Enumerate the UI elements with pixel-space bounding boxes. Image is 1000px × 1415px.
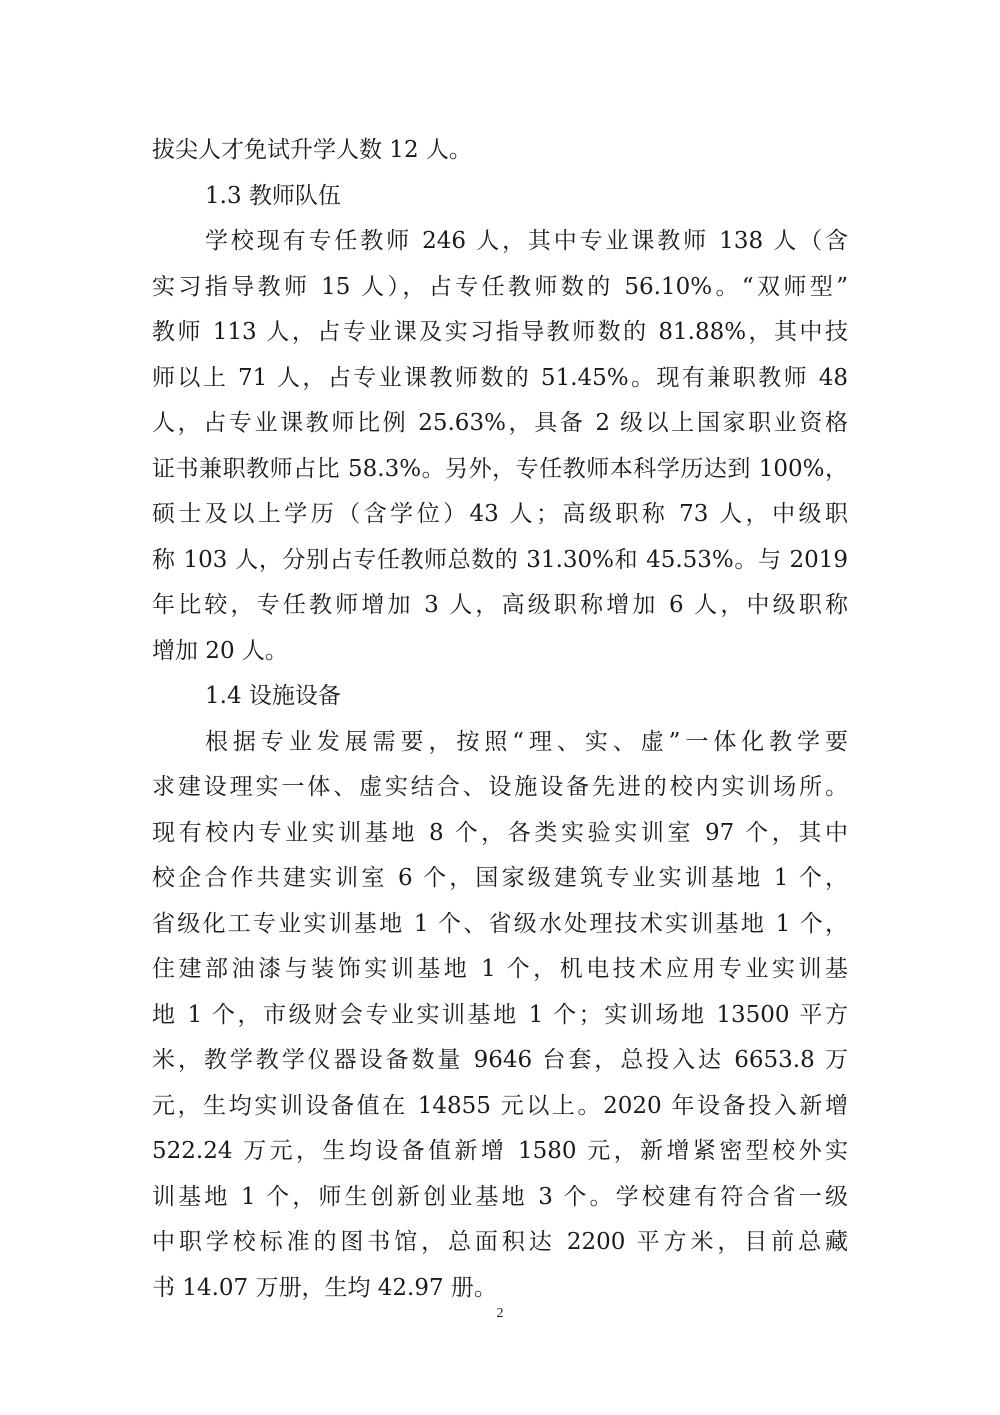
paragraph-facilities: 根据专业发展需要，按照“理、实、虚”一体化教学要 求建设理实一体、虚实结合、设施… [152,720,848,1312]
paragraph-teachers: 学校现有专任教师 246 人，其中专业课教师 138 人（含 实习指导教师 15… [152,219,848,674]
paragraph-line: 根据专业发展需要，按照“理、实、虚”一体化教学要 [152,720,848,766]
paragraph-line: 住建部油漆与装饰实训基地 1 个，机电技术应用专业实训基 [152,947,848,993]
paragraph-line: 教师 113 人，占专业课及实习指导教师数的 81.88%，其中技 [152,310,848,356]
paragraph-line: 米，教学教学仪器设备数量 9646 台套，总投入达 6653.8 万 [152,1038,848,1084]
paragraph-line: 中职学校标准的图书馆，总面积达 2200 平方米，目前总藏 [152,1220,848,1266]
paragraph-line: 训基地 1 个，师生创新创业基地 3 个。学校建有符合省一级 [152,1175,848,1221]
paragraph-line: 人，占专业课教师比例 25.63%，具备 2 级以上国家职业资格 [152,401,848,447]
paragraph-line: 522.24 万元，生均设备值新增 1580 元，新增紧密型校外实 [152,1129,848,1175]
paragraph-line: 称 103 人，分别占专任教师总数的 31.30%和 45.53%。与 2019 [152,538,848,584]
paragraph-line: 证书兼职教师占比 58.3%。另外，专任教师本科学历达到 100%， [152,447,848,493]
paragraph-line: 求建设理实一体、虚实结合、设施设备先进的校内实训场所。 [152,765,848,811]
paragraph-line: 硕士及以上学历（含学位）43 人；高级职称 73 人，中级职 [152,492,848,538]
paragraph-continuation-line: 拔尖人才免试升学人数 12 人。 [152,128,848,174]
paragraph-line: 省级化工专业实训基地 1 个、省级水处理技术实训基地 1 个， [152,902,848,948]
paragraph-line: 校企合作共建实训室 6 个，国家级建筑专业实训基地 1 个， [152,856,848,902]
paragraph-line: 年比较，专任教师增加 3 人，高级职称增加 6 人，中级职称 [152,583,848,629]
section-heading-facilities: 1.4 设施设备 [152,674,848,720]
paragraph-line: 实习指导教师 15 人），占专任教师数的 56.10%。“双师型” [152,265,848,311]
document-page: 拔尖人才免试升学人数 12 人。 1.3 教师队伍 学校现有专任教师 246 人… [0,0,1000,1415]
paragraph-line: 地 1 个，市级财会专业实训基地 1 个；实训场地 13500 平方 [152,993,848,1039]
page-body: 拔尖人才免试升学人数 12 人。 1.3 教师队伍 学校现有专任教师 246 人… [152,128,848,1311]
paragraph-line: 增加 20 人。 [152,629,848,675]
paragraph-line: 元，生均实训设备值在 14855 元以上。2020 年设备投入新增 [152,1084,848,1130]
paragraph-line: 现有校内专业实训基地 8 个，各类实验实训室 97 个，其中 [152,811,848,857]
section-heading-teachers: 1.3 教师队伍 [152,174,848,220]
paragraph-line: 学校现有专任教师 246 人，其中专业课教师 138 人（含 [152,219,848,265]
paragraph-line: 书 14.07 万册，生均 42.97 册。 [152,1266,848,1312]
paragraph-line: 师以上 71 人，占专业课教师数的 51.45%。现有兼职教师 48 [152,356,848,402]
page-number: 2 [0,1306,1000,1322]
